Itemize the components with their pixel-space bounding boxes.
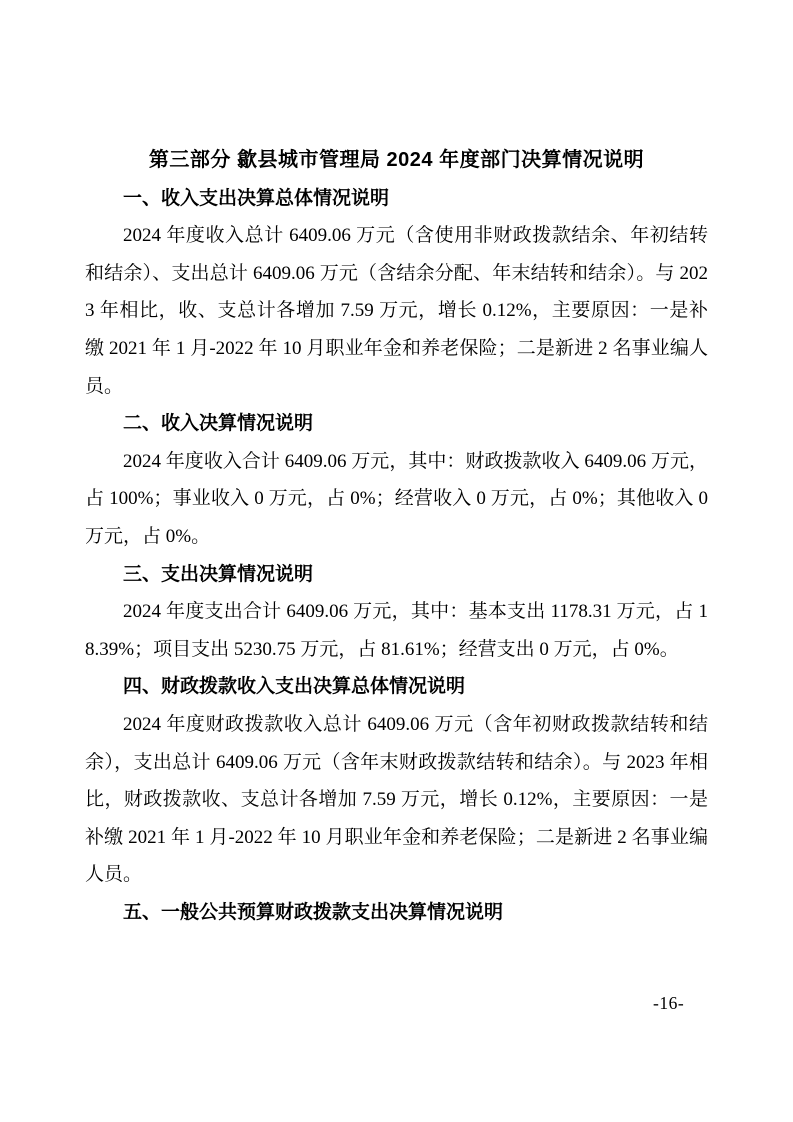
section-heading-1: 一、收入支出决算总体情况说明 [85,180,708,218]
section-heading-4: 四、财政拨款收入支出决算总体情况说明 [85,668,708,706]
section-expenditure-final-accounts: 三、支出决算情况说明 2024 年度支出合计 6409.06 万元，其中：基本支… [85,556,708,669]
section-body-2: 2024 年度收入合计 6409.06 万元，其中：财政拨款收入 6409.06… [85,443,708,556]
section-income-final-accounts: 二、收入决算情况说明 2024 年度收入合计 6409.06 万元，其中：财政拨… [85,405,708,555]
page-title: 第三部分 歙县城市管理局 2024 年度部门决算情况说明 [85,142,708,180]
section-heading-2: 二、收入决算情况说明 [85,405,708,443]
section-general-public-budget: 五、一般公共预算财政拨款支出决算情况说明 [85,894,708,932]
section-body-1: 2024 年度收入总计 6409.06 万元（含使用非财政拨款结余、年初结转和结… [85,217,708,405]
page-number: -16- [653,993,684,1014]
section-heading-3: 三、支出决算情况说明 [85,556,708,594]
section-body-4: 2024 年度财政拨款收入总计 6409.06 万元（含年初财政拨款结转和结余）… [85,706,708,894]
section-income-expenditure-overview: 一、收入支出决算总体情况说明 2024 年度收入总计 6409.06 万元（含使… [85,180,708,406]
section-body-3: 2024 年度支出合计 6409.06 万元，其中：基本支出 1178.31 万… [85,593,708,668]
document-page: 第三部分 歙县城市管理局 2024 年度部门决算情况说明 一、收入支出决算总体情… [0,0,793,1122]
section-heading-5: 五、一般公共预算财政拨款支出决算情况说明 [85,894,708,932]
section-fiscal-appropriation-overview: 四、财政拨款收入支出决算总体情况说明 2024 年度财政拨款收入总计 6409.… [85,668,708,894]
document-content: 第三部分 歙县城市管理局 2024 年度部门决算情况说明 一、收入支出决算总体情… [85,0,708,931]
